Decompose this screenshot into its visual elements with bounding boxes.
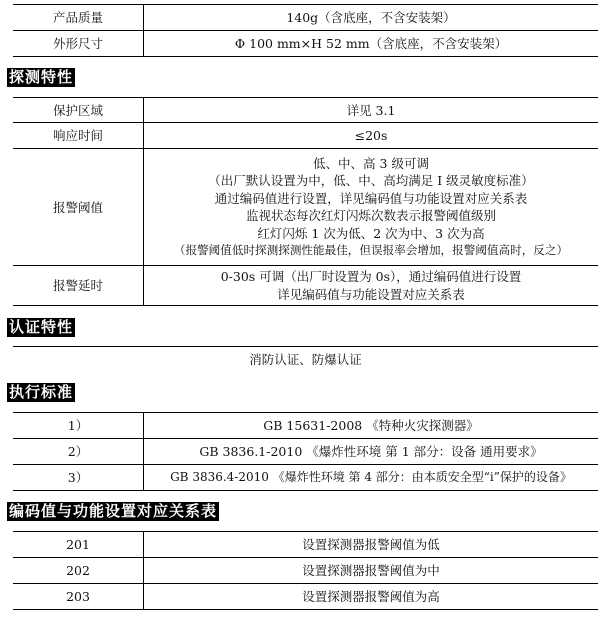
row-value: Φ 100 mm×H 52 mm（含底座，不含安装架） [144, 31, 598, 57]
table-row: 响应时间 ≤20s [13, 123, 598, 149]
row-value: 低、中、高 3 级可调 （出厂默认设置为中，低、中、高均满足 I 级灵敏度标准）… [144, 149, 598, 266]
text-line: 0-30s 可调（出厂时设置为 0s），通过编码值进行设置 [144, 268, 598, 286]
table-row: 201 设置探测器报警阈值为低 [13, 532, 598, 558]
row-number: 3） [13, 465, 144, 491]
row-value: 设置探测器报警阈值为中 [144, 558, 598, 584]
text-line: 详见编码值与功能设置对应关系表 [144, 286, 598, 304]
table-row: 产品质量 140g（含底座，不含安装架） [13, 5, 598, 31]
row-value: ≤20s [144, 123, 598, 149]
table-row: 203 设置探测器报警阈值为高 [13, 584, 598, 610]
row-code: 201 [13, 532, 144, 558]
text-line: 通过编码值进行设置，详见编码值与功能设置对应关系表 [144, 190, 598, 208]
row-value: GB 3836.4-2010 《爆炸性环境 第 4 部分：由本质安全型“i”保护… [144, 465, 598, 491]
table-row: 202 设置探测器报警阈值为中 [13, 558, 598, 584]
row-label: 响应时间 [13, 123, 144, 149]
codes-table: 201 设置探测器报警阈值为低 202 设置探测器报警阈值为中 203 设置探测… [13, 531, 598, 610]
row-label: 报警延时 [13, 266, 144, 306]
row-value: 140g（含底座，不含安装架） [144, 5, 598, 31]
text-line: （报警阈值低时探测探测性能最佳，但误报率会增加，报警阈值高时，反之） [144, 242, 598, 260]
section-title-certification: 认证特性 [7, 318, 75, 337]
row-value: 设置探测器报警阈值为高 [144, 584, 598, 610]
table-row: 3） GB 3836.4-2010 《爆炸性环境 第 4 部分：由本质安全型“i… [13, 465, 598, 491]
row-number: 1） [13, 413, 144, 439]
detection-table: 保护区域 详见 3.1 响应时间 ≤20s 报警阈值 低、中、高 3 级可调 （… [13, 97, 598, 306]
row-value: 消防认证、防爆认证 [13, 347, 598, 373]
row-value: 设置探测器报警阈值为低 [144, 532, 598, 558]
table-row: 1） GB 15631-2008 《特种火灾探测器》 [13, 413, 598, 439]
row-value: GB 3836.1-2010 《爆炸性环境 第 1 部分：设备 通用要求》 [144, 439, 598, 465]
section-title-detection: 探测特性 [7, 68, 75, 87]
text-line: 低、中、高 3 级可调 [144, 155, 598, 173]
text-line: （出厂默认设置为中，低、中、高均满足 I 级灵敏度标准） [144, 172, 598, 190]
section-title-standards: 执行标准 [7, 383, 75, 402]
row-code: 202 [13, 558, 144, 584]
row-code: 203 [13, 584, 144, 610]
text-line: 红灯闪烁 1 次为低、2 次为中、3 次为高 [144, 225, 598, 243]
table-row: 报警阈值 低、中、高 3 级可调 （出厂默认设置为中，低、中、高均满足 I 级灵… [13, 149, 598, 266]
section-title-codes: 编码值与功能设置对应关系表 [7, 502, 219, 521]
table-row: 2） GB 3836.1-2010 《爆炸性环境 第 1 部分：设备 通用要求》 [13, 439, 598, 465]
row-value: 详见 3.1 [144, 98, 598, 123]
row-value: 0-30s 可调（出厂时设置为 0s），通过编码值进行设置 详见编码值与功能设置… [144, 266, 598, 306]
text-line: 监视状态每次红灯闪烁次数表示报警阈值级别 [144, 207, 598, 225]
row-label: 保护区域 [13, 98, 144, 123]
row-label: 报警阈值 [13, 149, 144, 266]
row-label: 产品质量 [13, 5, 144, 31]
certification-table: 消防认证、防爆认证 [13, 346, 598, 373]
table-row: 消防认证、防爆认证 [13, 347, 598, 373]
table-row: 外形尺寸 Φ 100 mm×H 52 mm（含底座，不含安装架） [13, 31, 598, 57]
standards-table: 1） GB 15631-2008 《特种火灾探测器》 2） GB 3836.1-… [13, 412, 598, 491]
row-label: 外形尺寸 [13, 31, 144, 57]
physical-table: 产品质量 140g（含底座，不含安装架） 外形尺寸 Φ 100 mm×H 52 … [13, 4, 598, 57]
table-row: 保护区域 详见 3.1 [13, 98, 598, 123]
row-value: GB 15631-2008 《特种火灾探测器》 [144, 413, 598, 439]
row-number: 2） [13, 439, 144, 465]
table-row: 报警延时 0-30s 可调（出厂时设置为 0s），通过编码值进行设置 详见编码值… [13, 266, 598, 306]
